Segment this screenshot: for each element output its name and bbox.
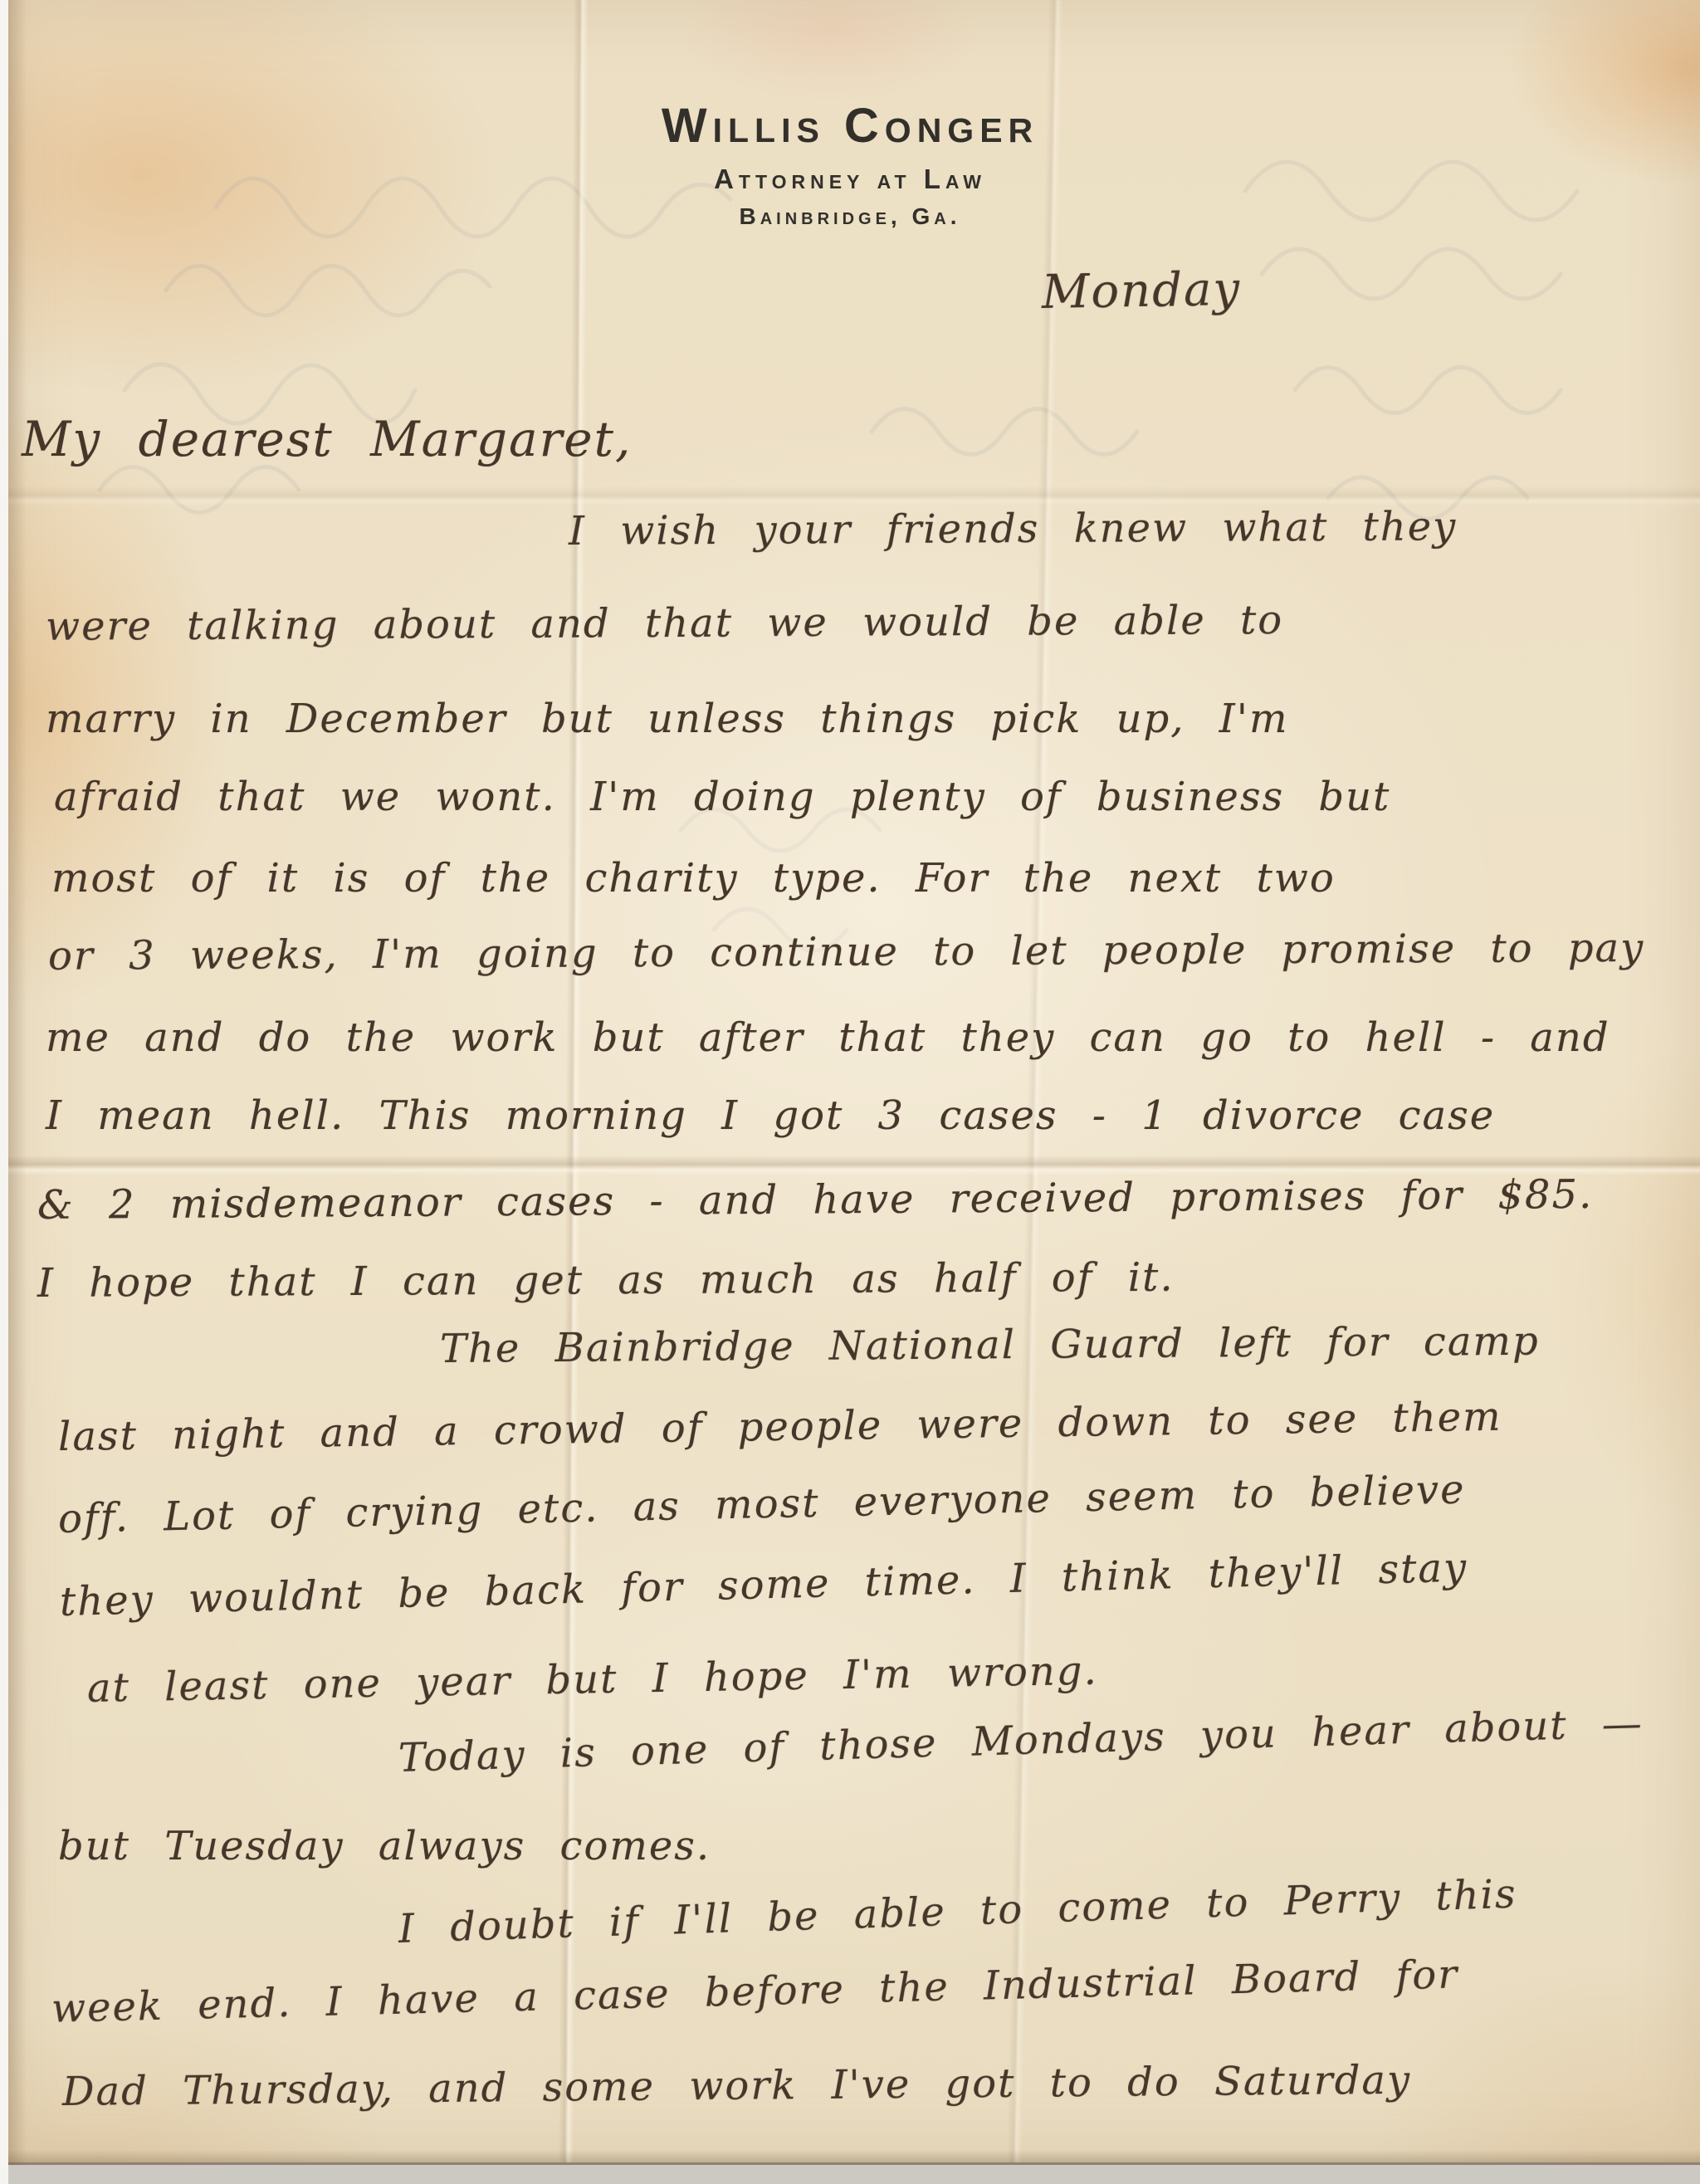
letterhead: Willis Conger Attorney at Law Bainbridge… — [0, 98, 1700, 230]
letter-line-5: most of it is of the charity type. For t… — [51, 855, 1336, 901]
letter-line-11: The Bainbridge National Guard left for c… — [440, 1318, 1540, 1372]
scanner-bed-strip — [0, 2162, 1700, 2184]
letter-line-2: were talking about and that we would be … — [46, 597, 1283, 650]
letterhead-name: Willis Conger — [0, 98, 1700, 154]
scanner-left-edge — [0, 0, 8, 2184]
letterhead-title: Attorney at Law — [0, 164, 1700, 195]
letter-line-1: I wish your friends knew what they — [569, 503, 1458, 555]
scanned-letter-page: Willis Conger Attorney at Law Bainbridge… — [0, 0, 1700, 2184]
date-line: Monday — [1041, 262, 1241, 320]
letter-line-3: marry in December but unless things pick… — [46, 696, 1288, 742]
letter-line-8: I mean hell. This morning I got 3 cases … — [46, 1092, 1495, 1139]
salutation: My dearest Margaret, — [22, 411, 632, 467]
paper-left-shadow — [8, 0, 27, 2165]
letter-line-17: but Tuesday always comes. — [58, 1823, 711, 1869]
letterhead-location: Bainbridge, Ga. — [0, 203, 1700, 230]
letter-line-10: I hope that I can get as much as half of… — [37, 1254, 1175, 1307]
letter-line-4: afraid that we wont. I'm doing plenty of… — [54, 774, 1390, 820]
letter-line-6: or 3 weeks, I'm going to continue to let… — [48, 925, 1645, 980]
letter-line-7: me and do the work but after that they c… — [46, 1014, 1610, 1061]
